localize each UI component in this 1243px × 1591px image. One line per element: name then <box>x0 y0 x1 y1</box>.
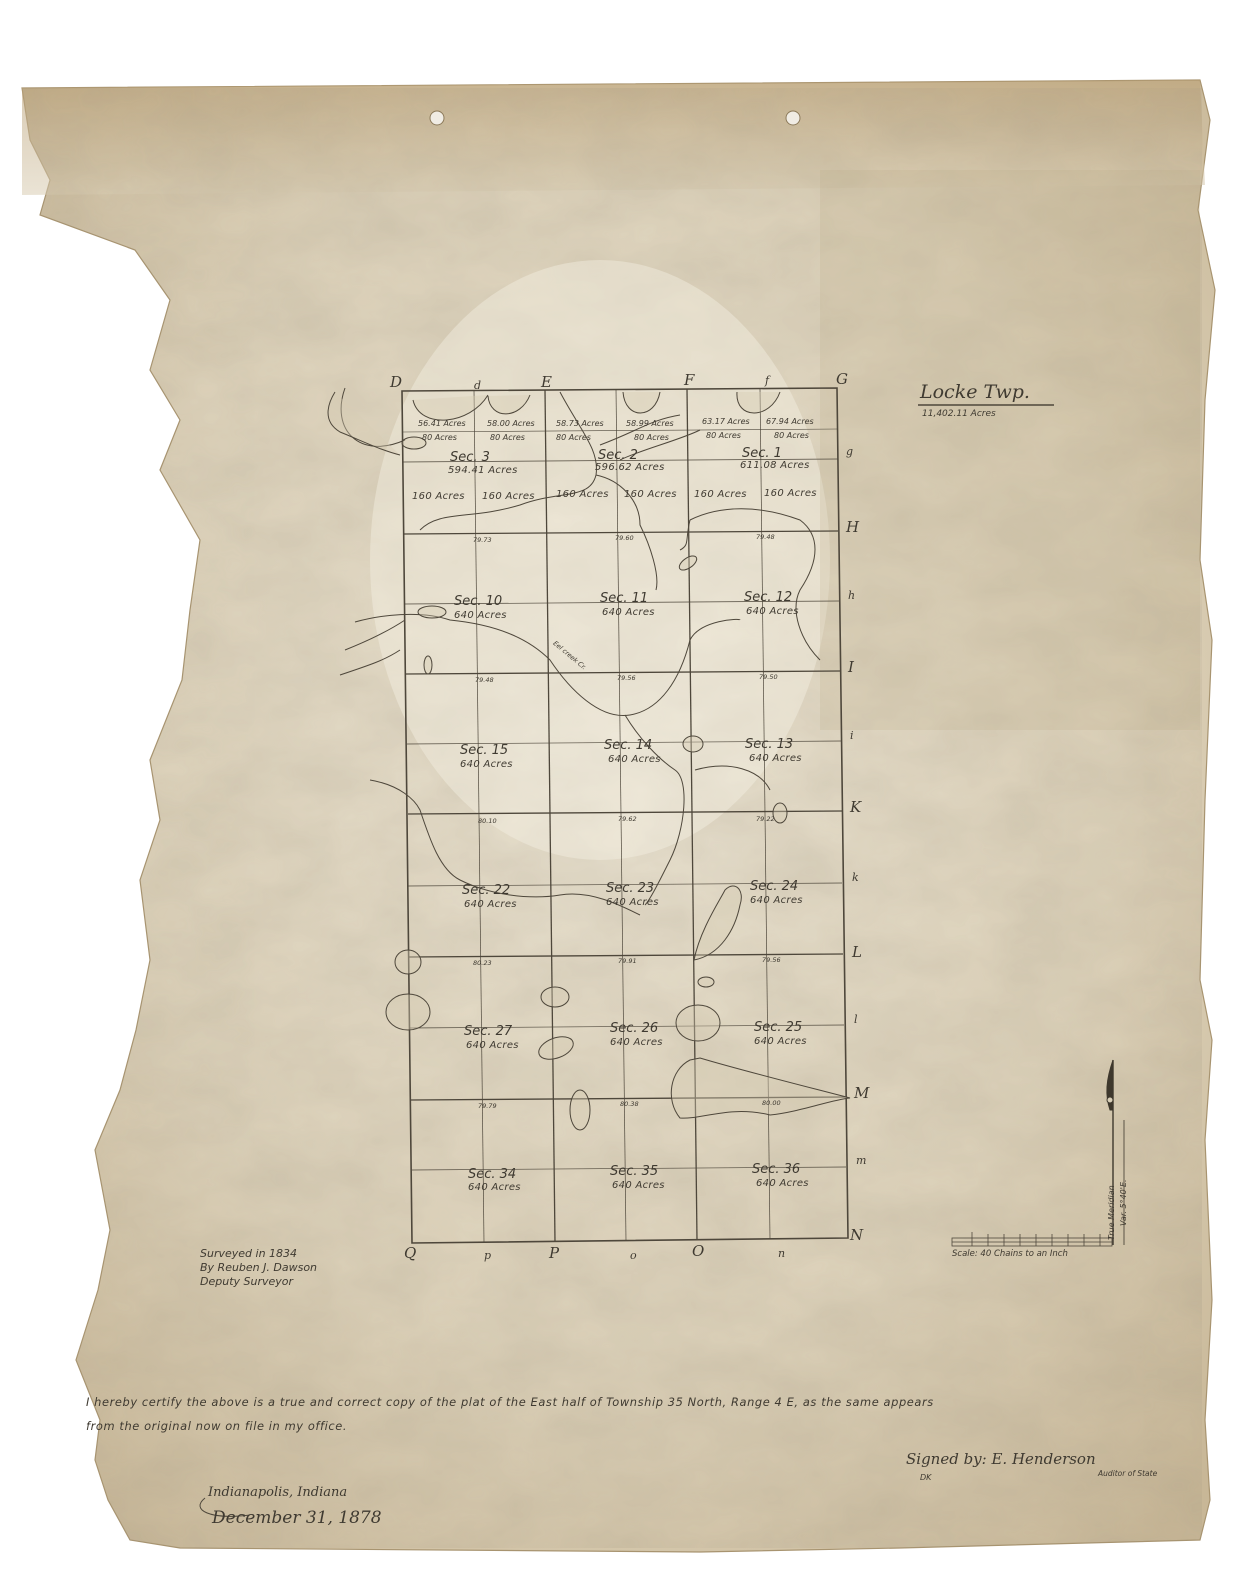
corner-M: M <box>854 1086 869 1101</box>
corner-H: H <box>846 520 859 535</box>
quarter-lot: 160 Acres <box>694 490 747 500</box>
section-acres: 640 Acres <box>466 1041 519 1051</box>
section-label: Sec. 12 <box>744 591 792 604</box>
quarter-lot: 160 Acres <box>412 492 465 502</box>
township-area: 11,402.11 Acres <box>922 410 996 419</box>
section-label: Sec. 23 <box>606 882 654 895</box>
true-meridian-label: True Meridian <box>1108 1185 1116 1240</box>
signature-initials: DK <box>920 1474 931 1482</box>
corner-I: I <box>848 660 854 675</box>
section-acres: 640 Acres <box>756 1179 809 1189</box>
lot-upper: 58.99 Acres <box>626 420 674 428</box>
certification-line-1: I hereby certify the above is a true and… <box>86 1397 934 1408</box>
quarter-lot: 160 Acres <box>624 490 677 500</box>
corner-h: h <box>848 590 855 601</box>
section-acres: 640 Acres <box>749 754 802 764</box>
lot-lower: 80 Acres <box>774 432 809 440</box>
variation-label: Var. 5°40'E. <box>1120 1179 1128 1226</box>
section-label: Sec. 34 <box>468 1168 516 1181</box>
lot-upper: 63.17 Acres <box>702 418 750 426</box>
section-acres: 640 Acres <box>454 611 507 621</box>
section-label: Sec. 1 <box>742 447 782 460</box>
corner-n: n <box>778 1248 785 1259</box>
lot-upper: 58.00 Acres <box>487 420 535 428</box>
section-label: Sec. 3 <box>450 451 490 464</box>
corner-l: l <box>854 1014 858 1025</box>
section-label: Sec. 22 <box>462 884 510 897</box>
chainage: 79.48 <box>475 677 494 684</box>
corner-o: o <box>630 1250 637 1261</box>
place: Indianapolis, Indiana <box>208 1486 347 1499</box>
date: December 31, 1878 <box>212 1510 382 1527</box>
section-label: Sec. 24 <box>750 880 798 893</box>
section-label: Sec. 2 <box>598 449 638 462</box>
lot-lower: 80 Acres <box>706 432 741 440</box>
chainage: 80.23 <box>473 960 492 967</box>
chainage: 80.38 <box>620 1101 639 1108</box>
section-label: Sec. 15 <box>460 744 508 757</box>
corner-P: P <box>549 1246 559 1261</box>
section-acres: 611.08 Acres <box>740 461 810 471</box>
chainage: 80.10 <box>478 818 497 825</box>
chainage: 79.22 <box>756 816 775 823</box>
section-acres: 640 Acres <box>606 898 659 908</box>
aged-paper-background <box>0 0 1243 1591</box>
township-title: Locke Twp. <box>920 383 1030 402</box>
section-acres: 640 Acres <box>602 608 655 618</box>
corner-F: F <box>684 373 694 388</box>
corner-N: N <box>850 1228 863 1243</box>
chainage: 79.50 <box>759 674 778 681</box>
section-label: Sec. 10 <box>454 595 502 608</box>
lot-lower: 80 Acres <box>556 434 591 442</box>
corner-d: d <box>474 380 481 391</box>
section-label: Sec. 14 <box>604 739 652 752</box>
section-acres: 640 Acres <box>746 607 799 617</box>
chainage: 79.48 <box>756 534 775 541</box>
corner-G: G <box>836 372 848 387</box>
quarter-lot: 160 Acres <box>482 492 535 502</box>
section-label: Sec. 25 <box>754 1021 802 1034</box>
quarter-lot: 160 Acres <box>764 489 817 499</box>
corner-K: K <box>850 800 861 815</box>
lot-lower: 80 Acres <box>634 434 669 442</box>
lot-lower: 80 Acres <box>490 434 525 442</box>
certification-line-2: from the original now on file in my offi… <box>86 1421 347 1432</box>
signature: Signed by: E. Henderson <box>906 1452 1096 1467</box>
chainage: 80.00 <box>762 1100 781 1107</box>
chainage: 79.56 <box>762 957 781 964</box>
section-label: Sec. 13 <box>745 738 793 751</box>
section-label: Sec. 26 <box>610 1022 658 1035</box>
corner-O: O <box>692 1244 704 1259</box>
lot-lower: 80 Acres <box>422 434 457 442</box>
corner-D: D <box>390 375 402 390</box>
section-acres: 640 Acres <box>750 896 803 906</box>
survey-note: Surveyed in 1834 By Reuben J. Dawson Dep… <box>200 1248 317 1287</box>
chainage: 79.56 <box>617 675 636 682</box>
section-acres: 596.62 Acres <box>595 463 665 473</box>
corner-p: p <box>484 1250 491 1261</box>
section-label: Sec. 27 <box>464 1025 512 1038</box>
chainage: 79.73 <box>473 537 492 544</box>
corner-Q: Q <box>404 1246 416 1261</box>
corner-m: m <box>856 1155 866 1166</box>
lot-upper: 56.41 Acres <box>418 420 466 428</box>
section-acres: 640 Acres <box>754 1037 807 1047</box>
lot-upper: 58.73 Acres <box>556 420 604 428</box>
corner-i: i <box>850 730 854 741</box>
quarter-lot: 160 Acres <box>556 490 609 500</box>
section-acres: 640 Acres <box>608 755 661 765</box>
section-acres: 640 Acres <box>468 1183 521 1193</box>
corner-k: k <box>852 872 859 883</box>
corner-f: f <box>765 375 769 386</box>
chainage: 79.79 <box>478 1103 497 1110</box>
chainage: 79.60 <box>615 535 634 542</box>
chainage: 79.62 <box>618 816 637 823</box>
section-acres: 640 Acres <box>612 1181 665 1191</box>
section-acres: 640 Acres <box>610 1038 663 1048</box>
lot-upper: 67.94 Acres <box>766 418 814 426</box>
scale-text: Scale: 40 Chains to an Inch <box>952 1250 1068 1259</box>
section-acres: 594.41 Acres <box>448 466 518 476</box>
chainage: 79.91 <box>618 958 637 965</box>
section-label: Sec. 36 <box>752 1163 800 1176</box>
section-label: Sec. 11 <box>600 592 648 605</box>
corner-E: E <box>541 375 552 390</box>
signature-title: Auditor of State <box>1098 1470 1157 1478</box>
section-label: Sec. 35 <box>610 1165 658 1178</box>
section-acres: 640 Acres <box>460 760 513 770</box>
corner-g: g <box>846 446 853 457</box>
section-acres: 640 Acres <box>464 900 517 910</box>
corner-L: L <box>852 945 862 960</box>
